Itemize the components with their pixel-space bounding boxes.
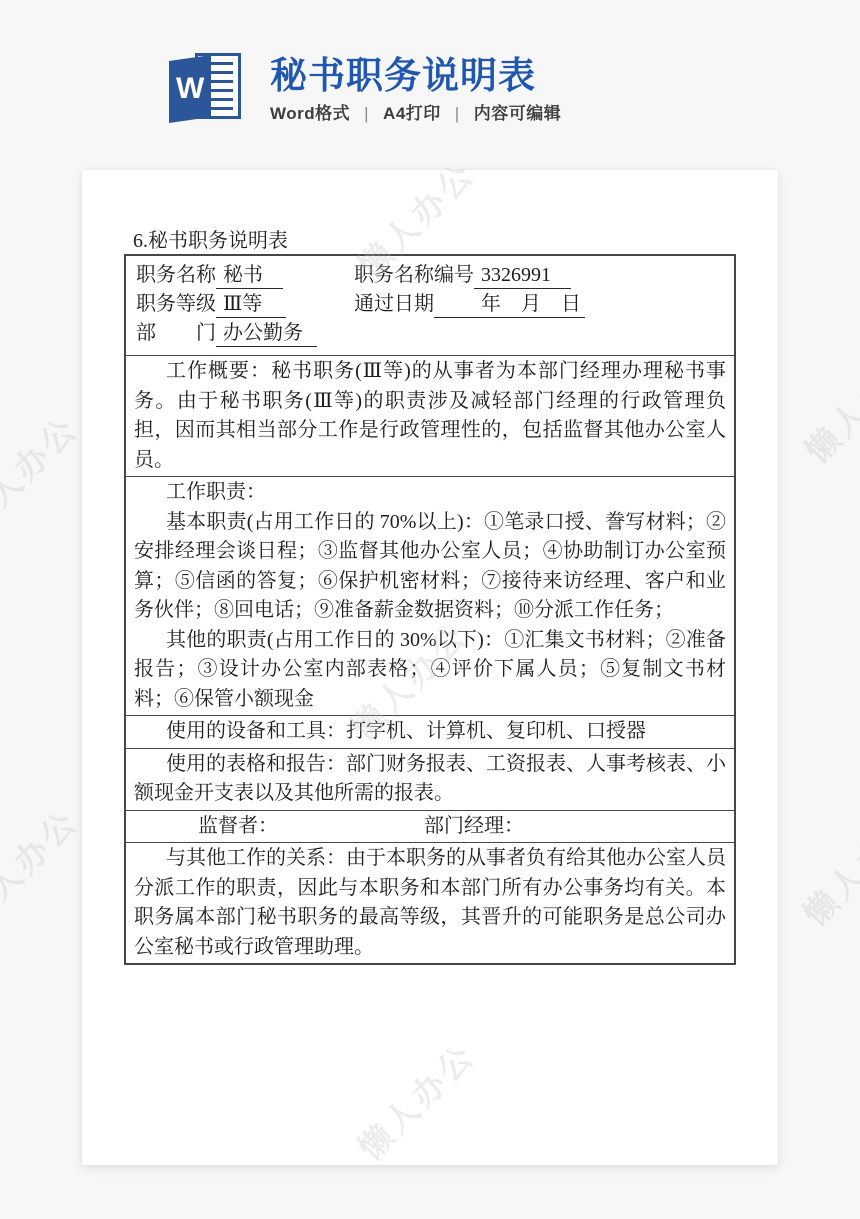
document-heading: 6.秘书职务说明表 bbox=[133, 224, 288, 253]
job-description-table: 职务名称秘书职务名称编号3326991 职务等级Ⅲ等通过日期 年 月 日 部 门… bbox=[124, 254, 736, 965]
document-page: 6.秘书职务说明表 职务名称秘书职务名称编号3326991 职务等级Ⅲ等通过日期… bbox=[82, 170, 778, 1165]
feature-editable: 内容可编辑 bbox=[474, 104, 562, 123]
info-line-3: 部 门办公勤务 bbox=[136, 319, 734, 348]
info-line-2: 职务等级Ⅲ等通过日期 年 月 日 bbox=[136, 290, 734, 319]
feature-word-format: Word格式 bbox=[270, 104, 350, 123]
format-feature-line: Word格式|A4打印|内容可编辑 bbox=[270, 104, 561, 124]
word-logo-icon: W bbox=[167, 50, 243, 128]
field-label-department: 部 门 bbox=[136, 322, 216, 344]
watermark: 懒人办公 bbox=[0, 796, 89, 935]
duties-title: 工作职责： bbox=[126, 478, 734, 508]
feature-separator: | bbox=[455, 104, 460, 123]
duties-basic-text: 基本职责(占用工作日的 70%以上)：①笔录口授、誊写材料；②安排经理会谈日程；… bbox=[126, 508, 734, 626]
duties-other-text: 其他的职责(占用工作日的 30%以下)：①汇集文书材料；②准备报告；③设计办公室… bbox=[126, 626, 734, 715]
page-title: 秘书职务说明表 bbox=[270, 56, 536, 97]
table-row-duties: 工作职责： 基本职责(占用工作日的 70%以上)：①笔录口授、誊写材料；②安排经… bbox=[126, 476, 734, 715]
field-label-job-grade: 职务等级 bbox=[136, 293, 216, 315]
feature-separator: | bbox=[364, 104, 369, 123]
watermark: 懒人办公 bbox=[793, 333, 860, 472]
field-value-approval-date: 年 月 日 bbox=[434, 292, 585, 318]
forms-text: 使用的表格和报告：部门财务报表、工资报表、人事考核表、小额现金开支表以及其他所需… bbox=[126, 750, 734, 809]
field-label-approval-date: 通过日期 bbox=[354, 293, 434, 315]
watermark: 懒人办公 bbox=[791, 796, 860, 935]
watermark: 懒人办公 bbox=[0, 403, 89, 542]
field-label-job-code: 职务名称编号 bbox=[354, 264, 474, 286]
equipment-text: 使用的设备和工具：打字机、计算机、复印机、口授器 bbox=[126, 717, 734, 747]
table-row-basic-info: 职务名称秘书职务名称编号3326991 职务等级Ⅲ等通过日期 年 月 日 部 门… bbox=[126, 256, 734, 355]
info-line-1: 职务名称秘书职务名称编号3326991 bbox=[136, 261, 734, 290]
field-value-job-grade: Ⅲ等 bbox=[216, 292, 286, 318]
table-row-summary: 工作概要：秘书职务(Ⅲ等)的从事者为本部门经理办理秘书事务。由于秘书职务(Ⅲ等)… bbox=[126, 355, 734, 476]
field-label-job-name: 职务名称 bbox=[136, 264, 216, 286]
table-row-supervisor: 监督者：部门经理： bbox=[126, 810, 734, 843]
table-row-equipment: 使用的设备和工具：打字机、计算机、复印机、口授器 bbox=[126, 715, 734, 748]
word-logo-letter: W bbox=[176, 72, 204, 106]
table-row-forms: 使用的表格和报告：部门财务报表、工资报表、人事考核表、小额现金开支表以及其他所需… bbox=[126, 748, 734, 810]
work-summary-text: 工作概要：秘书职务(Ⅲ等)的从事者为本部门经理办理秘书事务。由于秘书职务(Ⅲ等)… bbox=[126, 357, 734, 475]
supervisor-line: 监督者：部门经理： bbox=[126, 812, 734, 842]
preview-background: W 秘书职务说明表 Word格式|A4打印|内容可编辑 6.秘书职务说明表 职务… bbox=[0, 0, 860, 1219]
field-value-job-name: 秘书 bbox=[216, 263, 283, 289]
relations-text: 与其他工作的关系：由于本职务的从事者负有给其他办公室人员分派工作的职责，因此与本… bbox=[126, 844, 734, 962]
field-value-job-code: 3326991 bbox=[474, 263, 571, 289]
field-value-department: 办公勤务 bbox=[216, 321, 317, 347]
feature-a4-print: A4打印 bbox=[383, 104, 441, 123]
department-manager-label: 部门经理： bbox=[424, 815, 524, 837]
supervisor-label: 监督者： bbox=[166, 812, 424, 842]
word-parallelogram-icon: W bbox=[169, 55, 211, 123]
table-row-relations: 与其他工作的关系：由于本职务的从事者负有给其他办公室人员分派工作的职责，因此与本… bbox=[126, 842, 734, 963]
